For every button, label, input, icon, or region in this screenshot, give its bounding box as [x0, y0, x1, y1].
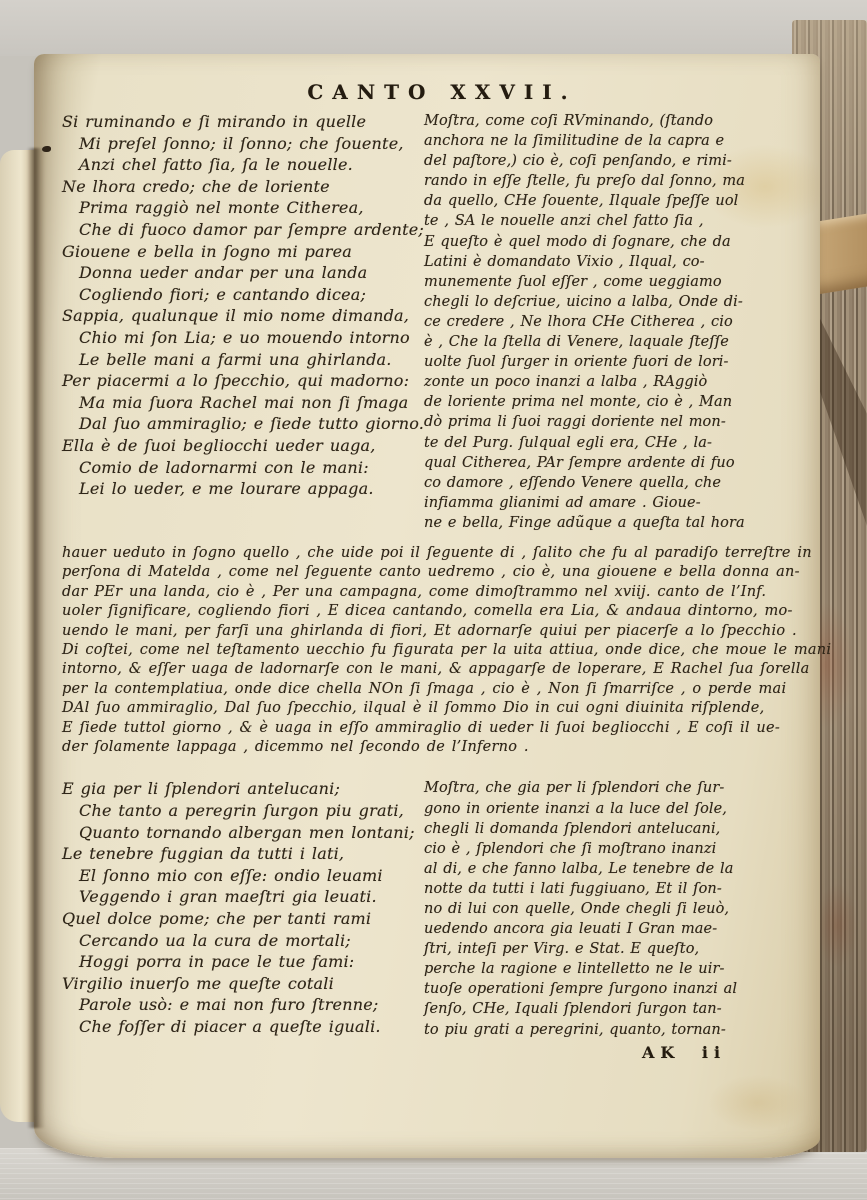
top-section: Si ruminando e ſi mirando in quelleMi pr…: [62, 111, 816, 533]
commentary-line: è , Che la ſtella di Venere, laquale ſte…: [424, 332, 816, 352]
verse-line: Che foſſer di piacer a queſte iguali.: [62, 1016, 424, 1038]
commentary-line: to piu grati a peregrini, quanto, tornan…: [424, 1020, 816, 1040]
prose-block: hauer ueduto in ſogno quello , che uide …: [62, 544, 816, 757]
commentary-line: qual Citherea, PAr ſempre ardente di fuo: [424, 453, 816, 473]
verse-column-bottom: E gia per li ſplendori antelucani;Che ta…: [62, 778, 424, 1061]
verse-line: Le tenebre fuggian da tutti i lati,: [62, 843, 424, 865]
verse-line: Per piacermi a lo ſpecchio, qui madorno:: [62, 370, 424, 392]
prose-line: dar PEr una landa, cio è , Per una campa…: [62, 583, 816, 602]
canto-heading: CANTO XXVII.: [62, 80, 816, 104]
prose-line: intorno, & eſſer uaga de ladornarſe con …: [62, 660, 816, 679]
prose-line: Di coſtei, come nel teſtamento uecchio f…: [62, 641, 816, 660]
commentary-line: rando in eſſe ſtelle, fu preſo dal ſonno…: [424, 171, 816, 191]
verse-line: Hoggi porra in pace le tue fami:: [62, 951, 424, 973]
verse-line: Virgilio inuerſo me queſte cotali: [62, 973, 424, 995]
verse-line: Cogliendo fiori; e cantando dicea;: [62, 284, 424, 306]
signature-mark: AK ii: [424, 1043, 816, 1062]
prose-line: DAl ſuo ammiraglio, Dal ſuo ſpecchio, il…: [62, 699, 816, 718]
verse-line: Ella è de ſuoi begliocchi ueder uaga,: [62, 435, 424, 457]
commentary-line: da quello, CHe ſouente, Ilquale ſpeſſe u…: [424, 191, 816, 211]
background-surface-top: [0, 0, 867, 56]
verse-line: Che tanto a peregrin ſurgon piu grati,: [62, 800, 424, 822]
prose-line: hauer ueduto in ſogno quello , che uide …: [62, 544, 816, 563]
commentary-column-bottom: Moſtra, che gia per li ſplendori che ſur…: [424, 778, 816, 1061]
commentary-line: chegli lo deſcriue, uicino a lalba, Onde…: [424, 292, 816, 312]
commentary-line: gono in oriente inanzi a la luce del ſol…: [424, 799, 816, 819]
prose-line: perſona di Matelda , come nel ſeguente c…: [62, 563, 816, 582]
bottom-section: E gia per li ſplendori antelucani;Che ta…: [62, 778, 816, 1061]
commentary-column-top: Moſtra, come coſi RVminando, (ſtandoanch…: [424, 111, 816, 533]
commentary-line: infiamma glianimi ad amare . Gioue-: [424, 493, 816, 513]
commentary-line: cio è , ſplendori che ſi moſtrano inanzi: [424, 839, 816, 859]
commentary-line: E queſto è quel modo di ſognare, che da: [424, 232, 816, 252]
verse-line: Quel dolce pome; che per tanti rami: [62, 908, 424, 930]
prose-line: uoler ſignificare, cogliendo fiori , E d…: [62, 602, 816, 621]
commentary-line: Moſtra, come coſi RVminando, (ſtando: [424, 111, 816, 131]
verse-line: Prima raggiò nel monte Citherea,: [62, 197, 424, 219]
verse-line: E gia per li ſplendori antelucani;: [62, 778, 424, 800]
verse-line: Le belle mani a farmi una ghirlanda.: [62, 349, 424, 371]
verse-line: Che di fuoco damor par ſempre ardente;: [62, 219, 424, 241]
commentary-line: perche la ragione e lintelletto ne le ui…: [424, 959, 816, 979]
verse-line: Lei lo ueder, e me lourare appaga.: [62, 478, 424, 500]
commentary-line: no di lui con quelle, Onde chegli ſi leu…: [424, 899, 816, 919]
commentary-line: Latini è domandato Vixio , Ilqual, co-: [424, 252, 816, 272]
commentary-line: co damore , eſſendo Venere quella, che: [424, 473, 816, 493]
verse-line: El ſonno mio con eſſe: ondio leuami: [62, 865, 424, 887]
commentary-line: te del Purg. ſulqual egli era, CHe , la-: [424, 433, 816, 453]
verse-line: Quanto tornando albergan men lontani;: [62, 822, 424, 844]
commentary-line: zonte un poco inanzi a lalba , RAggiò: [424, 372, 816, 392]
commentary-line: anchora ne la ſimilitudine de la capra e: [424, 131, 816, 151]
verse-line: Si ruminando e ſi mirando in quelle: [62, 111, 424, 133]
verse-line: Comio de ladornarmi con le mani:: [62, 457, 424, 479]
commentary-line: al di, e che fanno lalba, Le tenebre de …: [424, 859, 816, 879]
verse-line: Dal ſuo ammiraglio; e ſiede tutto giorno…: [62, 413, 424, 435]
commentary-line: del paſtore,) cio è, coſi penſando, e ri…: [424, 151, 816, 171]
prose-line: per la contemplatiua, onde dice chella N…: [62, 680, 816, 699]
commentary-line: notte da tutti i lati fuggiuano, Et il ſ…: [424, 879, 816, 899]
commentary-line: uolte ſuol ſurger in oriente fuori de lo…: [424, 352, 816, 372]
prose-line: der ſolamente lappaga , dicemmo nel ſeco…: [62, 738, 816, 757]
commentary-line: de loriente prima nel monte, cio è , Man: [424, 392, 816, 412]
verse-line: Donna ueder andar per una landa: [62, 262, 424, 284]
commentary-line: ſtri, inteſi per Virg. e Stat. E queſto,: [424, 939, 816, 959]
verse-line: Anzi chel fatto ſia, ſa le nouelle.: [62, 154, 424, 176]
verse-line: Parole usò: e mai non furo ſtrenne;: [62, 994, 424, 1016]
text-block: CANTO XXVII. Si ruminando e ſi mirando i…: [62, 80, 816, 1062]
commentary-line: tuoſe operationi ſempre ſurgono inanzi a…: [424, 979, 816, 999]
verse-line: Ma mia ſuora Rachel mai non ſi ſmaga: [62, 392, 424, 414]
gutter-shadow: [27, 148, 45, 1128]
commentary-line: munemente ſuol eſſer , come ueggiamo: [424, 272, 816, 292]
commentary-line: ce credere , Ne lhora CHe Citherea , cio: [424, 312, 816, 332]
commentary-line: dò prima li ſuoi raggi doriente nel mon-: [424, 412, 816, 432]
commentary-line: ſenſo, CHe, Iquali ſplendori ſurgon tan-: [424, 999, 816, 1019]
commentary-line: Moſtra, che gia per li ſplendori che ſur…: [424, 778, 816, 798]
book-photograph: CANTO XXVII. Si ruminando e ſi mirando i…: [0, 0, 867, 1200]
verse-line: Giouene e bella in ſogno mi parea: [62, 241, 424, 263]
commentary-line: uedendo ancora gia leuati I Gran mae-: [424, 919, 816, 939]
verse-line: Ne lhora credo; che de loriente: [62, 176, 424, 198]
verse-line: Veggendo i gran maeſtri gia leuati.: [62, 886, 424, 908]
verse-line: Cercando ua la cura de mortali;: [62, 930, 424, 952]
commentary-lines-bottom: Moſtra, che gia per li ſplendori che ſur…: [424, 778, 816, 1039]
commentary-line: chegli li domanda ſplendori antelucani,: [424, 819, 816, 839]
prose-line: E ſiede tuttol giorno , & è uaga in eſſo…: [62, 719, 816, 738]
commentary-line: te , SA le nouelle anzi chel fatto ſia ,: [424, 211, 816, 231]
verse-line: Sappia, qualunque il mio nome dimanda,: [62, 305, 424, 327]
prose-line: uendo le mani, per farſi una ghirlanda d…: [62, 622, 816, 641]
verse-line: Chio mi ſon Lia; e uo mouendo intorno: [62, 327, 424, 349]
commentary-line: ne e bella, Finge adũque a queſta tal ho…: [424, 513, 816, 533]
verse-column-top: Si ruminando e ſi mirando in quelleMi pr…: [62, 111, 424, 533]
verse-line: Mi preſel ſonno; il ſonno; che ſouente,: [62, 133, 424, 155]
book-page: CANTO XXVII. Si ruminando e ſi mirando i…: [34, 54, 820, 1158]
binding-speck: [42, 146, 51, 152]
